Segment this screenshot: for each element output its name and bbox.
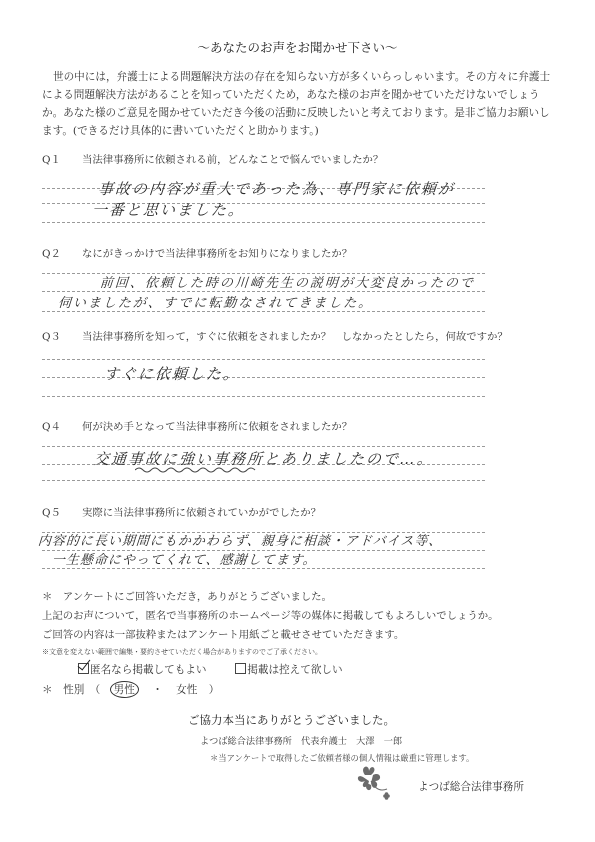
gender-option-male-selected[interactable]: 男性: [110, 681, 139, 698]
question-text: 当法律事務所を知って，すぐに依頼をされましたか？ しなかったとしたら，何故ですか…: [82, 331, 508, 343]
answer-line: [42, 222, 485, 223]
answer-line: [42, 446, 485, 447]
editing-note: ※文意を変えない範囲で編集・要約させていただく場合がありますのでご了承ください。: [42, 647, 322, 657]
handwritten-answer-2-line-2: 伺いましたが、すでに転勤なされてきました。: [57, 292, 374, 311]
handwritten-answer-5-line-1: 内容的に長い期間にもかかわらず、親身に相談・アドバイス等、: [37, 530, 443, 549]
signature: よつば総合法律事務所 代表弁護士 大澤 一郎: [200, 733, 402, 747]
publication-detail: ご回答の内容は一部抜粋またはアンケート用紙ごと載せさせていただきます。: [42, 626, 404, 641]
gender-close-paren: ）: [209, 684, 220, 696]
gender-separator: ・: [152, 684, 163, 696]
handwritten-answer-2-line-1: 前回、依頼した時の川崎先生の説明が大変良かったので: [99, 272, 475, 291]
publication-question: 上記のお声について，匿名で当事務所のホームページ等の媒体に掲載してもよろしいでし…: [42, 607, 499, 622]
privacy-note: ＊当アンケートで取得したご依頼者様の個人情報は厳重に管理します。: [210, 752, 474, 764]
answer-line: [42, 311, 485, 312]
question-number: Q３: [42, 328, 82, 343]
question-3: Q３当法律事務所を知って，すぐに依頼をされましたか？ しなかったとしたら，何故で…: [42, 328, 508, 343]
closing-thanks: ご協力本当にありがとうございました。: [188, 712, 395, 728]
handwritten-answer-3: すぐに依頼した。: [103, 363, 240, 384]
page-title: ～あなたのお声をお聞かせ下さい～: [0, 38, 595, 56]
intro-paragraph: 世の中には，弁護士による問題解決方法の存在を知らない方が多くいらっしゃいます。そ…: [42, 68, 557, 140]
question-text: なにがきっかけで当法律事務所をお知りになりましたか？: [82, 248, 352, 260]
handwritten-answer-1-line-2: 一番と思いました。: [91, 199, 245, 220]
answer-line: [42, 568, 485, 569]
firm-name: よつば総合法律事務所: [418, 779, 524, 794]
intro-text: 世の中には，弁護士による問題解決方法の存在を知らない方が多くいらっしゃいます。そ…: [42, 68, 557, 140]
option-anonymous-ok[interactable]: 匿名なら掲載してもよい: [78, 664, 210, 676]
option-decline[interactable]: 掲載は控えて欲しい: [235, 664, 342, 676]
gender-label: ＊ 性別 （: [42, 684, 100, 696]
question-text: 何が決め手となって当法律事務所に依頼をされましたか？: [82, 421, 352, 433]
question-number: Q５: [42, 504, 82, 519]
option-label: 掲載は控えて欲しい: [247, 664, 342, 676]
answer-line: [42, 396, 485, 397]
handwritten-answer-5-line-2: 一生懸命にやってくれて、感謝してます。: [51, 549, 317, 568]
publication-options: 匿名なら掲載してもよい 掲載は控えて欲しい: [78, 662, 343, 677]
gender-field: ＊ 性別 （ 男性 ・ 女性 ）: [42, 681, 219, 698]
four-leaf-clover-icon: [355, 763, 395, 803]
question-2: Q２なにがきっかけで当法律事務所をお知りになりましたか？: [42, 245, 352, 260]
option-label: 匿名なら掲載してもよい: [90, 664, 207, 676]
question-4: Q４何が決め手となって当法律事務所に依頼をされましたか？: [42, 418, 352, 433]
checkbox-icon[interactable]: [235, 663, 246, 674]
wavy-underline-mark: [135, 466, 260, 474]
answer-line: [42, 359, 485, 360]
question-text: 当法律事務所に依頼される前，どんなことで悩んでいましたか？: [82, 154, 383, 166]
question-number: Q２: [42, 245, 82, 260]
answer-line: [42, 480, 485, 481]
handwritten-answer-1-line-1: 事故の内容が重大であった為、専門家に依頼が: [97, 178, 455, 199]
question-5: Q５実際に当法律事務所に依頼されていかがでしたか？: [42, 504, 321, 519]
question-number: Q４: [42, 418, 82, 433]
question-number: Q１: [42, 151, 82, 166]
checkbox-checked-icon[interactable]: [78, 663, 89, 674]
survey-thanks-note: ＊ アンケートにご回答いただき，ありがとうございました。: [42, 588, 332, 603]
question-text: 実際に当法律事務所に依頼されていかがでしたか？: [82, 507, 321, 519]
gender-option-female[interactable]: 女性: [176, 684, 197, 696]
question-1: Q１当法律事務所に依頼される前，どんなことで悩んでいましたか？: [42, 151, 383, 166]
